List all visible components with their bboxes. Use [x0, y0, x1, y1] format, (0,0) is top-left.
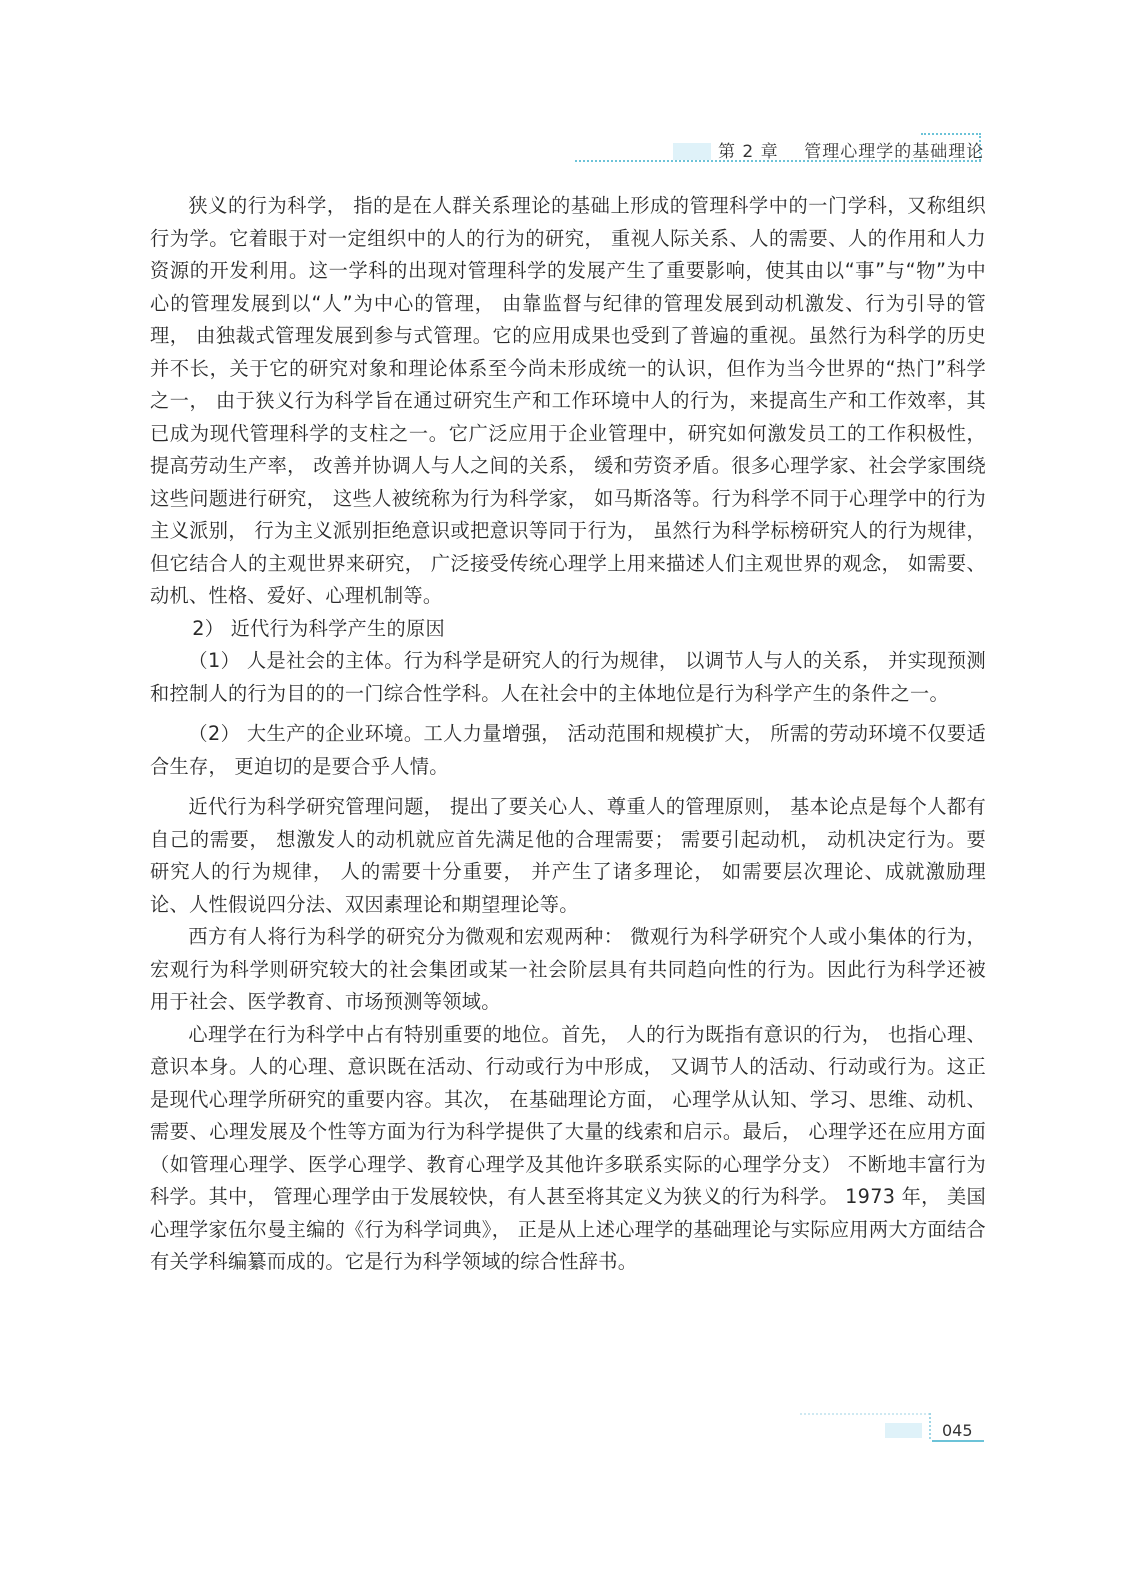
paragraph-reason-1: （1） 人是社会的主体。行为科学是研究人的行为规律， 以调节人与人的关系， 并实…: [150, 645, 986, 710]
running-header: 第 2 章 管理心理学的基础理论: [0, 0, 1128, 175]
page-number: 045: [942, 1421, 973, 1440]
paragraph-narrow-behavioral-science: 狭义的行为科学， 指的是在人群关系理论的基础上形成的管理科学中的一门学科，又称组…: [150, 190, 986, 613]
paragraph-reason-2: （2） 大生产的企业环境。工人力量增强， 活动范围和规模扩大， 所需的劳动环境不…: [150, 718, 986, 783]
subheading-origins: 2） 近代行为科学产生的原因: [150, 613, 986, 646]
footer-underline: [932, 1440, 984, 1442]
header-dotted-rule-bottom: [575, 160, 981, 162]
header-dotted-rule-top: [921, 133, 981, 135]
footer-dotted-rule-top: [800, 1413, 930, 1415]
header-decorative-box: [673, 143, 711, 160]
chapter-title: 第 2 章 管理心理学的基础理论: [718, 137, 984, 162]
paragraph-micro-macro: 西方有人将行为科学的研究分为微观和宏观两种： 微观行为科学研究个人或小集体的行为…: [150, 921, 986, 1019]
footer-decorative-box: [885, 1423, 922, 1438]
paragraph-psychology-role: 心理学在行为科学中占有特别重要的地位。首先， 人的行为既指有意识的行为， 也指心…: [150, 1019, 986, 1279]
footer-dotted-rule-right: [929, 1413, 931, 1439]
body-text: 狭义的行为科学， 指的是在人群关系理论的基础上形成的管理科学中的一门学科，又称组…: [150, 190, 986, 1279]
paragraph-modern-research: 近代行为科学研究管理问题， 提出了要关心人、尊重人的管理原则， 基本论点是每个人…: [150, 791, 986, 921]
